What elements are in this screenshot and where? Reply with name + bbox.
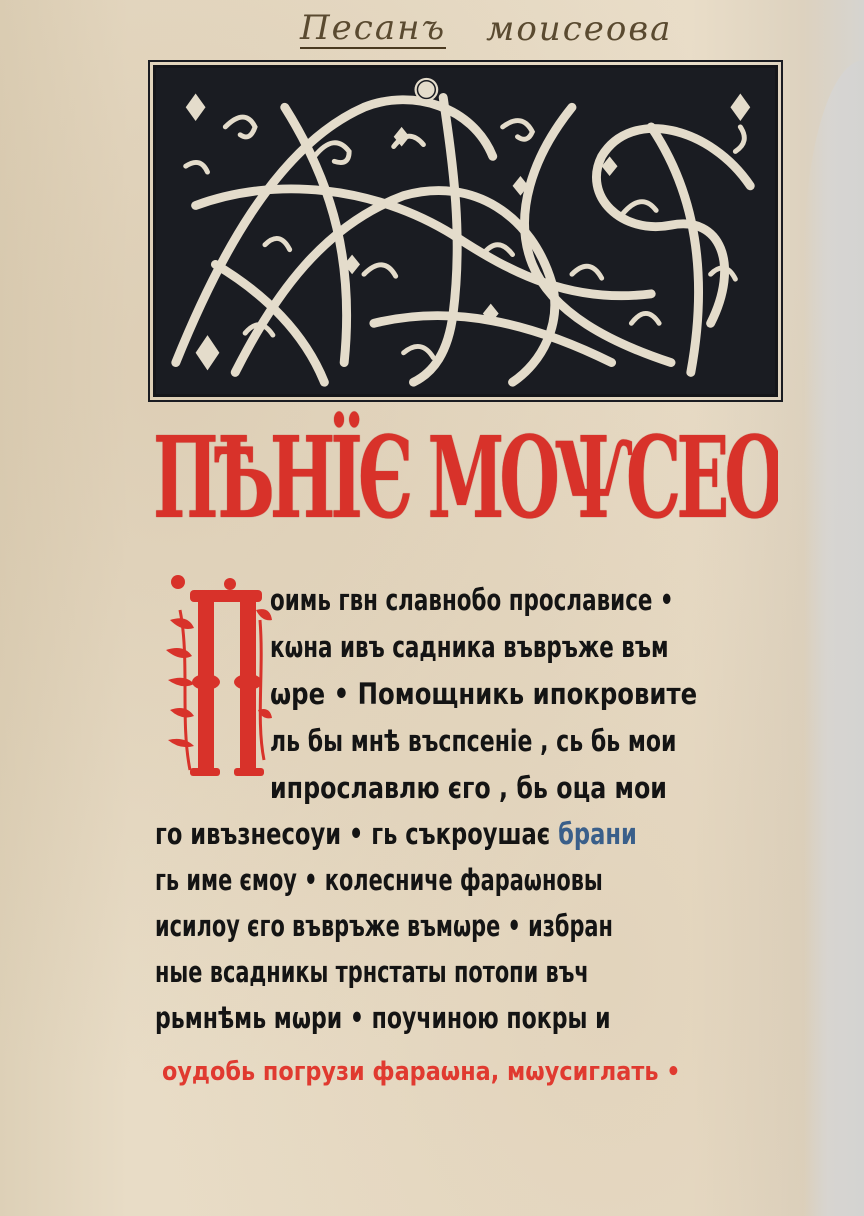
body-line-4: ль бы мнѣ въспсеніе , сь бь мои — [270, 721, 676, 761]
body-line-6: го ивъзнесоуи • гь съкроушає брани — [155, 814, 637, 854]
body-line-10: рьмнѣмь мѡри • поучиною покры и — [155, 998, 611, 1038]
body-line-2: кѡна ивъ садника въвръже въм — [270, 627, 669, 667]
page-edge — [804, 60, 864, 1216]
body-line-8: исилоу єго въвръже въмѡре • избран — [155, 906, 613, 946]
body-line-6-text: го ивъзнесоуи • гь съкроушає — [155, 817, 550, 851]
handwritten-annotation: Песанъ моисеова — [300, 6, 820, 52]
body-line-5: ипрославлю єго , бь оца мои — [270, 768, 667, 808]
decorated-drop-cap — [160, 570, 272, 780]
drop-cap-p-icon — [160, 570, 272, 780]
annotation-word-1: Песанъ — [300, 9, 446, 49]
body-line-7: гь име ємоу • колесниче фараѡновы — [155, 860, 603, 900]
body-line-1: оимь гвн славнобо прослависе • — [270, 580, 674, 620]
red-ligature-heading: ПѢНЇЄ МОѰСЕОВЪ — [153, 405, 778, 553]
vine-ornament-icon — [156, 68, 775, 394]
heading-text: ПѢНЇЄ МОѰСЕОВЪ — [153, 405, 541, 553]
annotation-word-2: моисеова — [486, 9, 672, 49]
body-line-3: ѡре • Помощникь ипокровите — [270, 674, 697, 714]
woodcut-headpiece — [153, 65, 778, 397]
red-rubric-line: оудобь погрузи фараѡна, мѡусиглать • — [162, 1052, 681, 1092]
body-line-9: ные всадникы трнстаты потопи въч — [155, 952, 589, 992]
body-line-6-blue-word: брани — [558, 817, 637, 851]
